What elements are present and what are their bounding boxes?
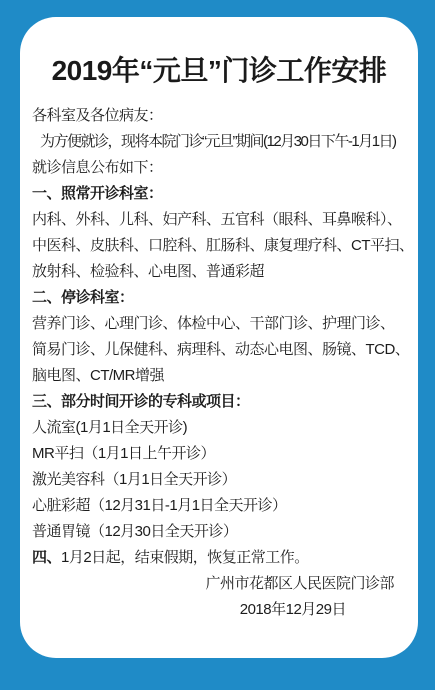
notice-date: 2018年12月29日	[32, 597, 418, 623]
closing-prefix: 四、	[32, 549, 61, 566]
section-closed-departments-line-3: 脑电图、CT/MR增强	[32, 363, 418, 389]
section-open-departments-line-3: 放射科、检验科、心电图、普通彩超	[32, 259, 418, 285]
section-open-departments-line-2: 中医科、皮肤科、口腔科、肛肠科、康复理疗科、CT平扫、	[32, 233, 418, 259]
signature: 广州市花都区人民医院门诊部	[32, 571, 418, 597]
intro-line-1: 为方便就诊，现将本院门诊“元旦”期间(12月30日下午-1月1日)	[32, 129, 418, 155]
section-closed-departments-heading: 二、停诊科室：	[32, 285, 418, 311]
notice-card: 2019年“元旦”门诊工作安排 各科室及各位病友： 为方便就诊，现将本院门诊“元…	[20, 17, 418, 658]
section-partial-hours-line-2: MR平扫（1月1日上午开诊）	[32, 441, 418, 467]
section-partial-hours-line-1: 人流室(1月1日全天开诊)	[32, 415, 418, 441]
section-partial-hours-heading: 三、部分时间开诊的专科或项目：	[32, 389, 418, 415]
salutation: 各科室及各位病友：	[32, 103, 418, 129]
closing-line: 四、1月2日起，结束假期，恢复正常工作。	[32, 545, 418, 571]
notice-body: 各科室及各位病友： 为方便就诊，现将本院门诊“元旦”期间(12月30日下午-1月…	[20, 103, 418, 623]
intro-line-2: 就诊信息公布如下：	[32, 155, 418, 181]
section-partial-hours-line-3: 激光美容科（1月1日全天开诊）	[32, 467, 418, 493]
notice-title: 2019年“元旦”门诊工作安排	[24, 55, 414, 87]
closing-text: 1月2日起，结束假期，恢复正常工作。	[61, 549, 309, 566]
section-partial-hours-line-5: 普通胃镜（12月30日全天开诊）	[32, 519, 418, 545]
section-open-departments-heading: 一、照常开诊科室：	[32, 181, 418, 207]
section-partial-hours-line-4: 心脏彩超（12月31日-1月1日全天开诊）	[32, 493, 418, 519]
section-closed-departments-line-2: 简易门诊、儿保健科、病理科、动态心电图、肠镜、TCD、	[32, 337, 418, 363]
section-open-departments-line-1: 内科、外科、儿科、妇产科、五官科（眼科、耳鼻喉科）、	[32, 207, 418, 233]
section-closed-departments-line-1: 营养门诊、心理门诊、体检中心、干部门诊、护理门诊、	[32, 311, 418, 337]
